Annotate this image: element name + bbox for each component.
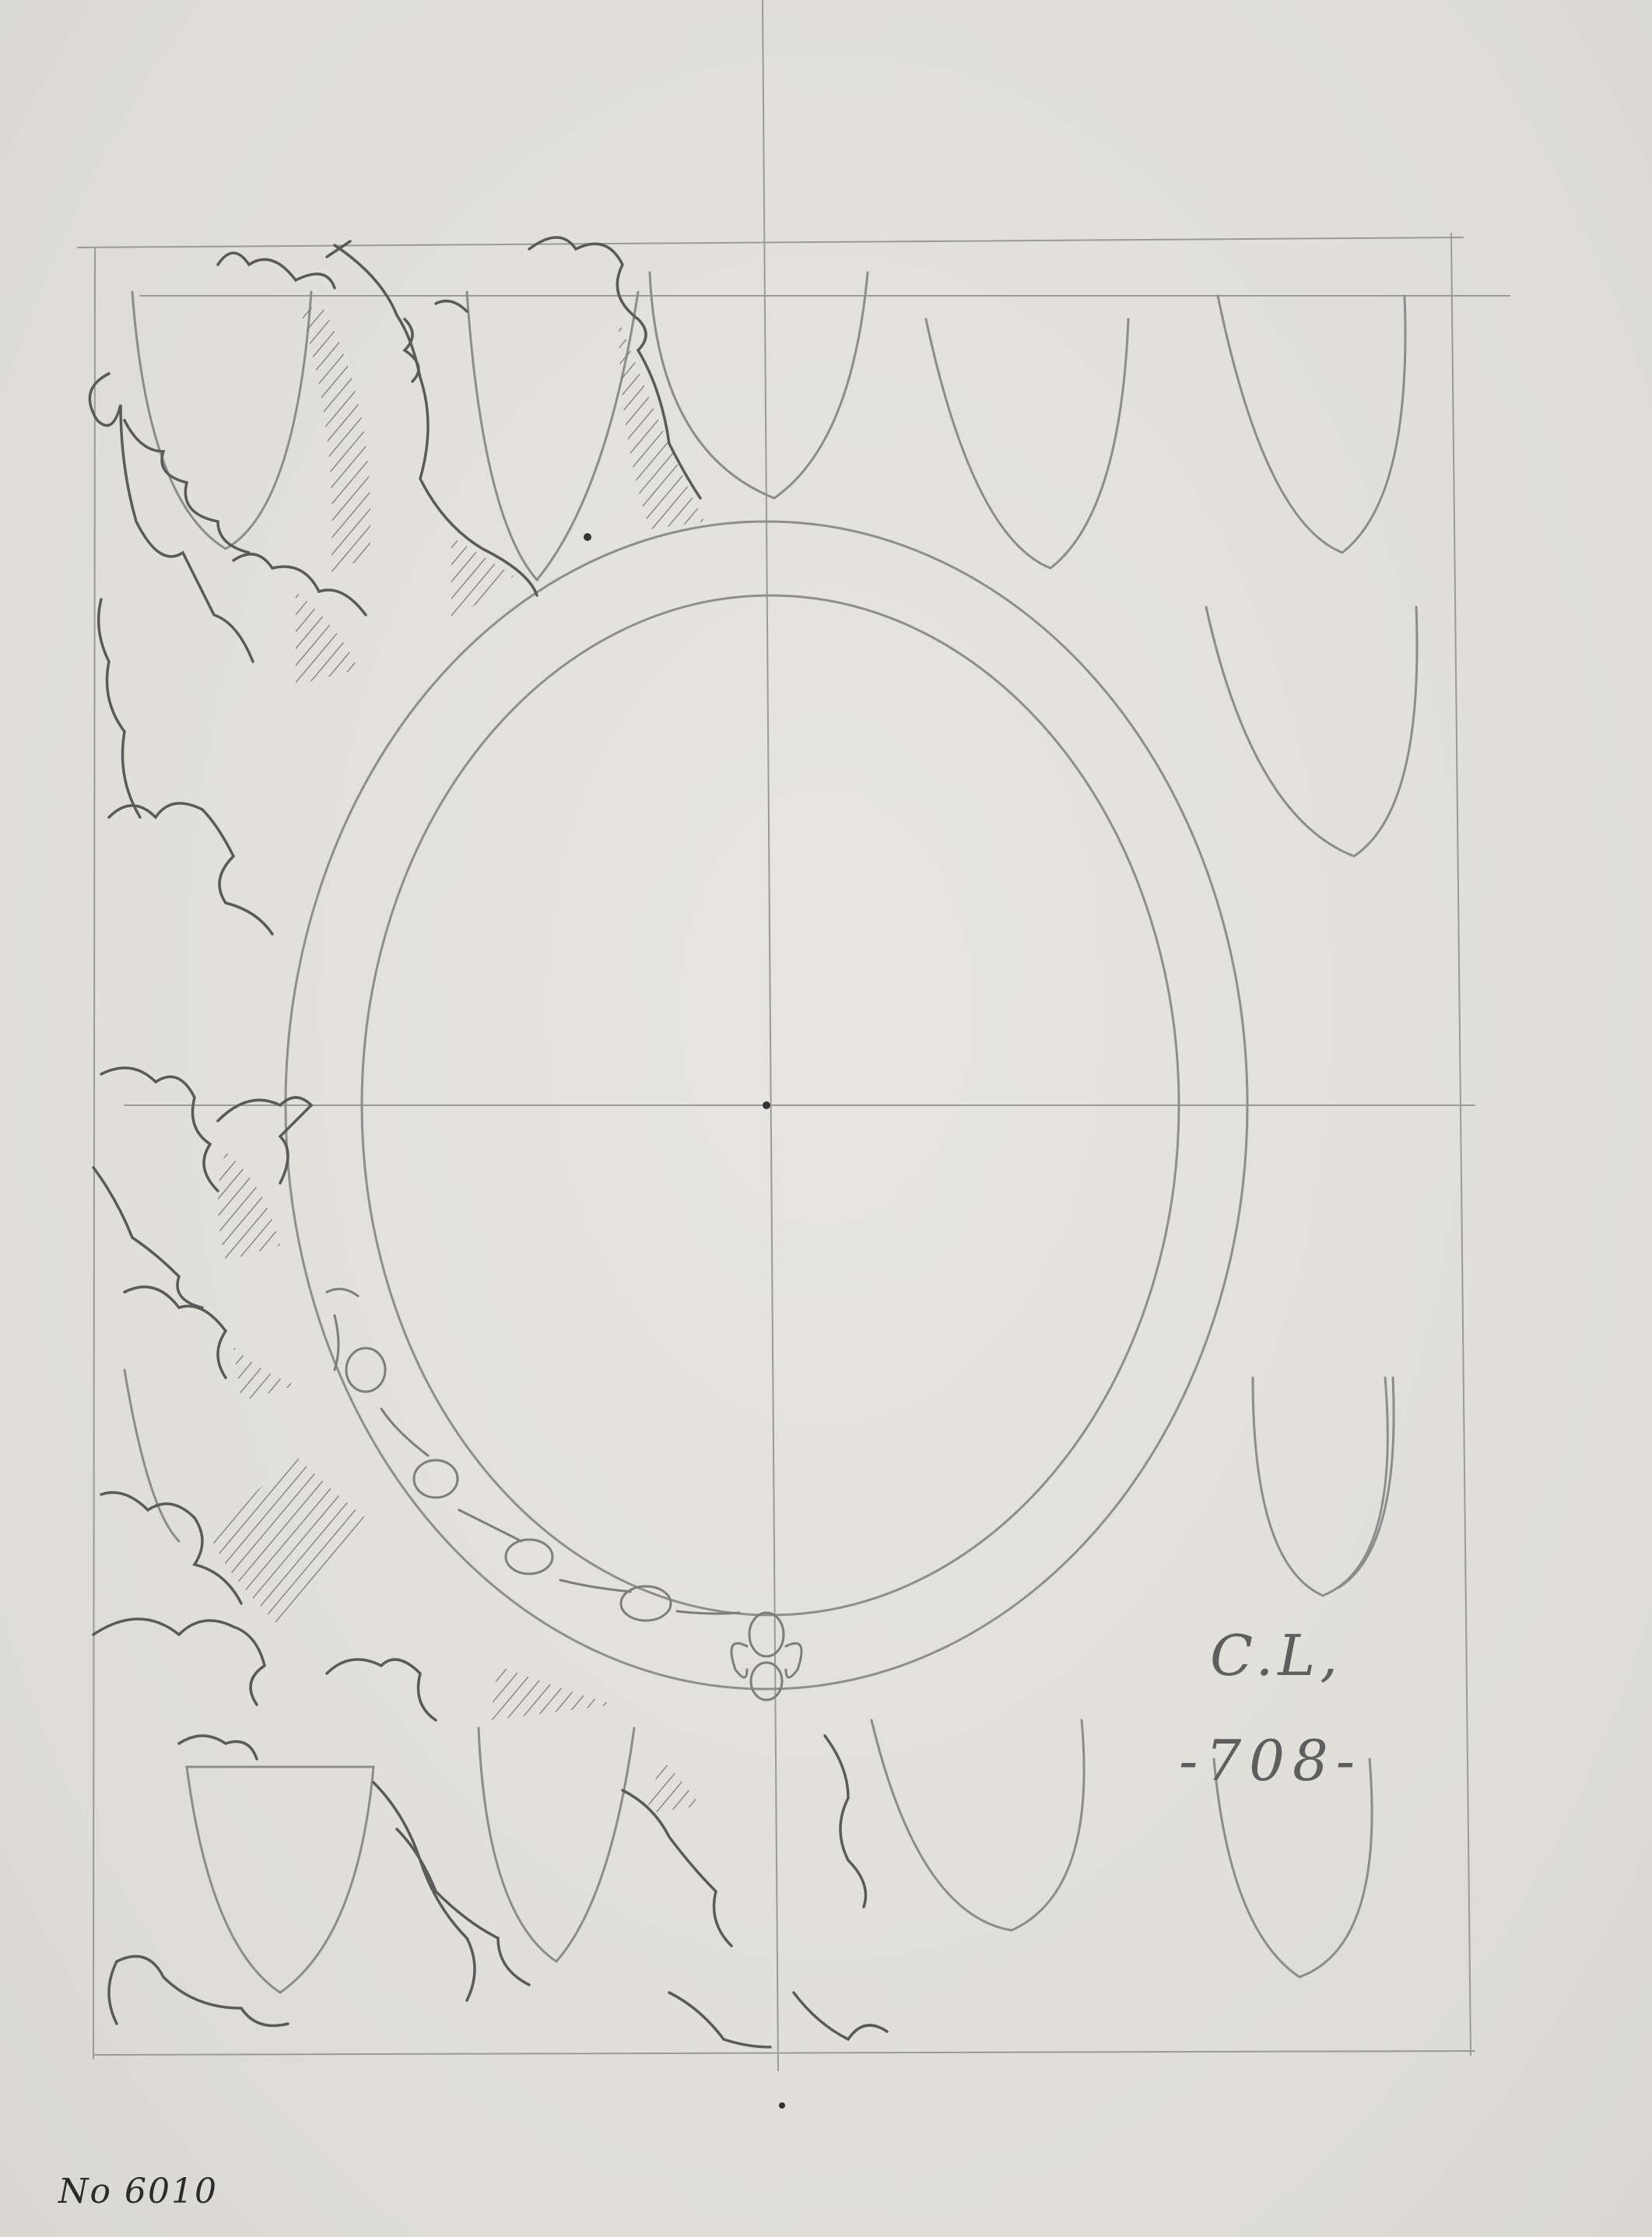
inventory-number: No 6010	[58, 2172, 218, 2211]
drawing-sheet: C.L, -708- No 6010	[0, 0, 1652, 2237]
initials-annotation: C.L,	[1210, 1623, 1342, 1688]
bead-ornament	[327, 1289, 801, 1700]
acanthus-foliage	[89, 237, 887, 2047]
hatched-shadows	[210, 307, 704, 1814]
number-annotation: -708-	[1179, 1728, 1363, 1793]
pencil-drawing	[0, 0, 1652, 2237]
center-marks	[584, 533, 785, 2109]
